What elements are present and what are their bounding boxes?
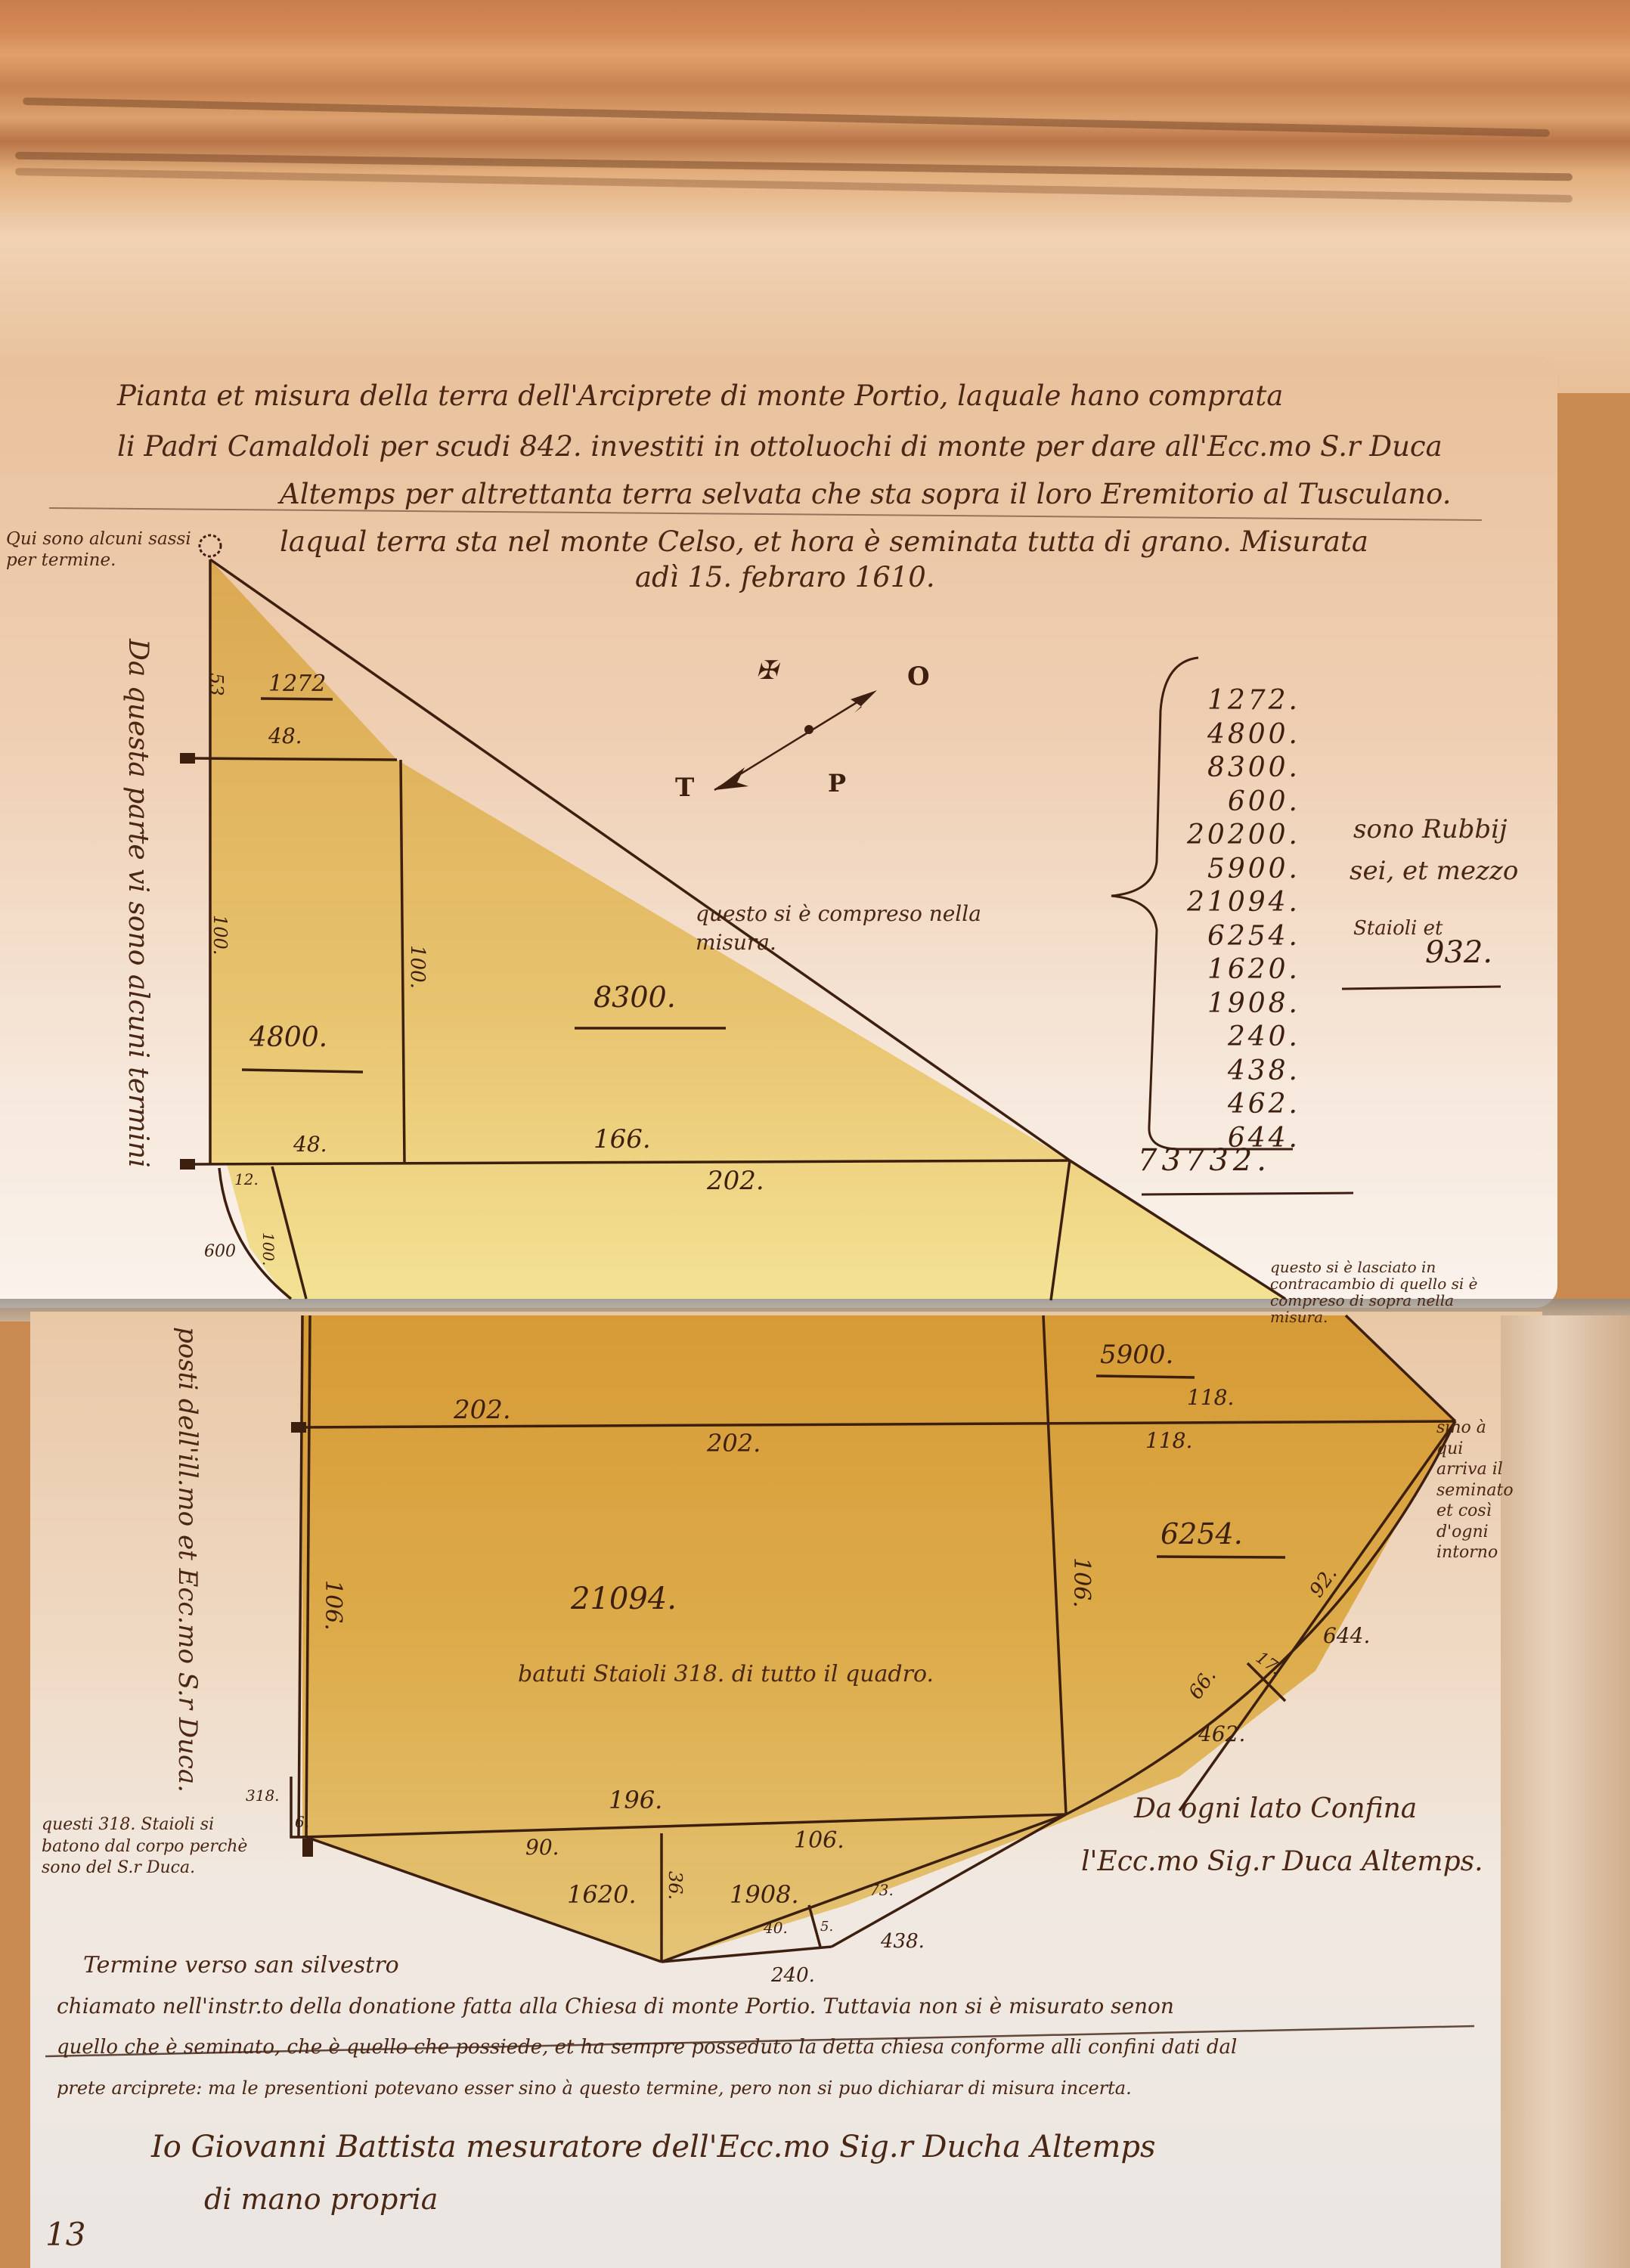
sum-value: 1272. (1157, 684, 1300, 718)
compass-label-below: P (828, 771, 846, 795)
label-118-top: 118. (1187, 1387, 1234, 1408)
result-rubbia: sono Rubbij (1353, 816, 1508, 842)
label-side-53: 53 (207, 673, 225, 696)
note-stones: Qui sono alcuni sassi per termine. (6, 529, 191, 571)
label-202-upper: 202. (454, 1397, 511, 1423)
label-600-curve: 600 (204, 1244, 236, 1260)
label-106-bottom: 106. (794, 1830, 844, 1852)
boundary-marker-icon (180, 753, 195, 764)
compass-arrow-icon (714, 767, 748, 790)
label-side-100: 100. (211, 915, 229, 955)
sum-value: 600. (1157, 785, 1300, 820)
label-base-48: 48. (293, 1134, 327, 1155)
bottom-line-4: prete arciprete: ma le presentioni potev… (57, 2079, 1132, 2097)
note-left-vertical-bottom: posti dell'ill.mo et Ecc.mo S.r Duca. (175, 1327, 200, 1792)
label-240: 240. (771, 1966, 815, 1985)
sum-value: 8300. (1157, 751, 1300, 785)
sum-value: 1620. (1157, 953, 1300, 987)
label-90: 90. (525, 1837, 559, 1858)
signature-line-1: Io Giovanni Battista mesuratore dell'Ecc… (151, 2132, 1155, 2162)
label-area-5900: 5900. (1100, 1342, 1173, 1368)
note-left-vertical-top: Da questa parte vi sono alcuni termini (124, 639, 151, 1168)
note-318: questi 318. Staioli si batono dal corpo … (42, 1814, 268, 1879)
label-base-48-top: 48. (268, 726, 302, 747)
compass-label-left: T (675, 775, 694, 801)
area-sum-column: 1272. 4800. 8300. 600. 20200. 5900. 2109… (1157, 684, 1300, 1155)
label-40: 40. (764, 1920, 788, 1935)
label-area-1272: 1272 (268, 673, 326, 696)
label-area-6254: 6254. (1161, 1520, 1243, 1548)
label-area-8300: 8300. (593, 983, 676, 1012)
boundary-marker-icon (291, 1422, 306, 1433)
heading-line-4: laqual terra sta nel monte Celso, et hor… (280, 528, 1368, 556)
sum-value: 240. (1157, 1021, 1300, 1055)
label-644: 644. (1323, 1625, 1370, 1647)
bottom-line-3: quello che è seminato, che è quello che … (57, 2037, 1237, 2057)
note-flap: questo si è lasciato in contracambio di … (1270, 1259, 1512, 1325)
label-118-bottom: 118. (1145, 1430, 1192, 1452)
signature-line-2: di mano propria (204, 2185, 438, 2214)
label-6: 6. (295, 1814, 309, 1830)
label-318-corner: 318. (246, 1788, 280, 1803)
sum-total: 73732. (1138, 1145, 1271, 1176)
bottom-line-2: chiamato nell'instr.to della donatione f… (57, 1996, 1174, 2017)
label-area-1908: 1908. (730, 1882, 799, 1907)
label-196: 196. (609, 1788, 662, 1812)
heading-line-3: Altemps per altrettanta terra selvata ch… (280, 480, 1451, 508)
label-106-left: 106. (321, 1580, 344, 1631)
label-36: 36. (666, 1871, 684, 1900)
note-included: questo si è compreso nella misura. (696, 900, 998, 957)
page-number: 13 (45, 2219, 85, 2251)
sum-value: 1908. (1157, 987, 1300, 1021)
note-border-1: Da ogni lato Confina (1134, 1795, 1417, 1823)
note-seeded-limit: sino à qui arriva il seminato et così d'… (1436, 1417, 1512, 1563)
label-area-4800: 4800. (249, 1024, 327, 1052)
result-half: sei, et mezzo (1350, 858, 1518, 884)
label-12: 12. (234, 1172, 259, 1187)
boundary-marker-icon (180, 1159, 195, 1170)
note-border-2: l'Ecc.mo Sig.r Duca Altemps. (1081, 1848, 1483, 1876)
boundary-marker-icon (302, 1839, 313, 1857)
label-area-1620: 1620. (567, 1882, 637, 1907)
heading-line-1: Pianta et misura della terra dell'Arcipr… (117, 382, 1283, 410)
compass-cross-icon: ✠ (756, 658, 778, 683)
sum-value: 5900. (1157, 853, 1300, 887)
label-202-lower: 202. (707, 1431, 761, 1455)
label-106-right: 106. (1070, 1557, 1092, 1608)
label-base-166: 166. (593, 1126, 651, 1152)
result-932: 932. (1425, 937, 1492, 968)
label-202-strip: 202. (707, 1168, 764, 1194)
label-side-100-mid: 100. (407, 945, 427, 989)
heading-line-2: li Padri Camaldoli per scudi 842. invest… (117, 432, 1443, 460)
sum-value: 6254. (1157, 920, 1300, 954)
label-5: 5. (820, 1920, 833, 1934)
manuscript-photo: Pianta et misura della terra dell'Arcipr… (0, 0, 1630, 2268)
label-100-strip: 100. (261, 1232, 276, 1266)
sum-value: 20200. (1157, 819, 1300, 853)
survey-map-drawing (0, 0, 1630, 2268)
sum-value: 21094. (1157, 886, 1300, 920)
compass-label-right: O (907, 664, 930, 689)
sum-value: 4800. (1157, 718, 1300, 752)
label-area-21094: 21094. (571, 1584, 677, 1614)
label-438: 438. (881, 1932, 925, 1951)
sum-value: 438. (1157, 1055, 1300, 1089)
label-73: 73. (869, 1882, 894, 1898)
note-318-total: batuti Staioli 318. di tutto il quadro. (518, 1663, 934, 1686)
heading-date: adì 15. febraro 1610. (635, 563, 935, 591)
boundary-stone-icon (200, 535, 221, 556)
sum-value: 462. (1157, 1088, 1300, 1122)
label-462: 462. (1198, 1724, 1245, 1745)
bottom-line-1: Termine verso san silvestro (83, 1954, 399, 1977)
